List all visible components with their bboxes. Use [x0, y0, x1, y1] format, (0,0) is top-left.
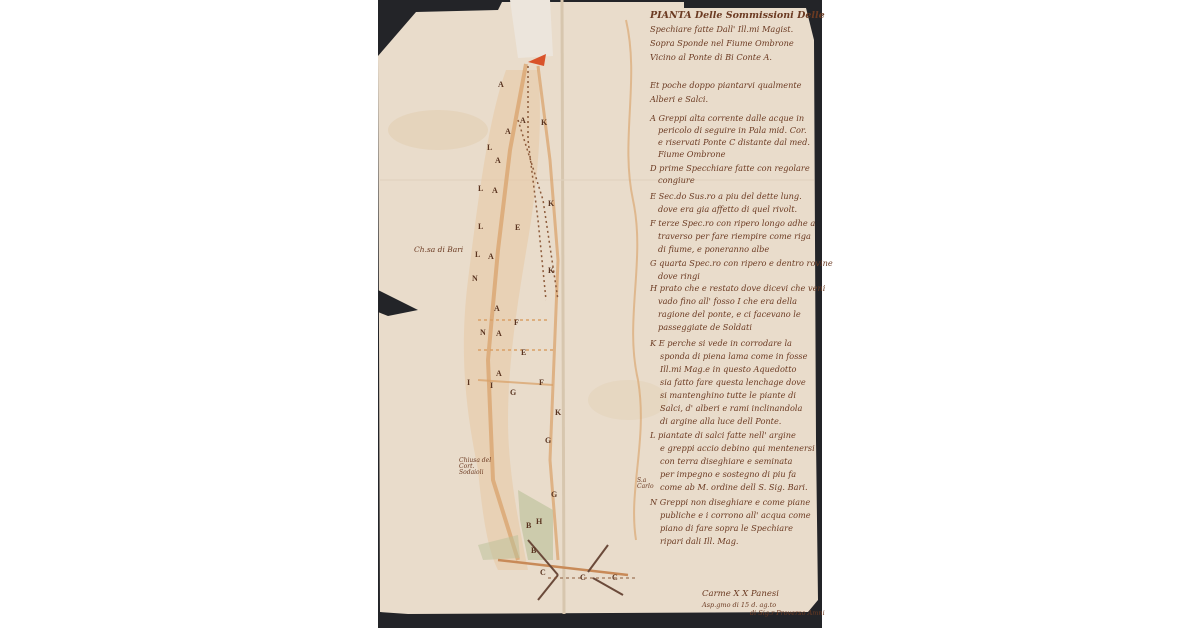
map-letter: K [548, 199, 554, 208]
legend-entry-k: sponda di piena lama come in fosse [660, 351, 807, 361]
map-letter: L [478, 184, 483, 193]
map-letter: K [548, 266, 554, 275]
legend-entry-a: A Greppi alta corrente dalle acque in [650, 113, 804, 123]
map-letter: C [540, 568, 546, 577]
legend-title: Sopra Sponde nel Fiume Ombrone [650, 38, 794, 48]
legend-entry-k: Salci, d' alberi e rami inclinandola [660, 403, 802, 413]
map-letter: C [580, 573, 586, 582]
map-letter: G [551, 490, 557, 499]
map-letter: A [488, 252, 494, 261]
legend-entry-d: congiure [658, 175, 695, 185]
map-letter: A [496, 329, 502, 338]
legend-entry-k: sia fatto fare questa lenchage dove [660, 377, 806, 387]
legend-entry-l: e greppi accio debino qui mentenersi [660, 443, 815, 453]
legend-entry-n: ripari dali Ill. Mag. [660, 536, 739, 546]
signature-line: Carme X X Panesi [702, 590, 779, 599]
map-letter: A [520, 116, 526, 125]
legend-entry-k: di argine alla luce dell Ponte. [660, 416, 781, 426]
map-letter: A [494, 304, 500, 313]
map-annotation: Chiusa del Cort. Sodaioli [459, 458, 499, 476]
legend-entry-f: traverso per fare riempire come riga [658, 231, 811, 241]
legend-entry-l: L piantate di salci fatte nell' argine [650, 430, 796, 440]
legend-entry-e: dove era gia affetto di quel rivolt. [658, 204, 797, 214]
legend-entry-n: publiche e i corrono all' acqua come [660, 510, 811, 520]
map-letter: N [480, 328, 486, 337]
legend-entry-a: pericolo di seguire in Pala mid. Cor. [658, 125, 807, 135]
map-letter: F [539, 378, 544, 387]
legend-entry-l: per impegno e sostegno di piu fa [660, 469, 796, 479]
legend-entry-h: ragione del ponte, e ci facevano le [658, 309, 801, 319]
map-letter: A [496, 369, 502, 378]
legend-entry-h: H prato che e restato dove dicevi che ve… [650, 283, 825, 293]
legend-entry-h: vado fino all' fosso I che era della [658, 296, 797, 306]
legend-entry-a: Fiume Ombrone [658, 149, 725, 159]
map-letter: H [536, 517, 542, 526]
map-letter: A [498, 80, 504, 89]
map-letter: A [505, 127, 511, 136]
map-letter: G [545, 436, 551, 445]
map-letter: L [478, 222, 483, 231]
map-annotation: Ch.sa di Bari [414, 246, 463, 254]
legend-intro: Et poche doppo piantarvi qualmente [650, 80, 802, 90]
map-letter: L [475, 250, 480, 259]
signature-line: di Sig.r Proverso Amni [750, 610, 825, 617]
legend-entry-l: come ab M. ordine dell S. Sig. Bari. [660, 482, 808, 492]
map-letter: K [541, 118, 547, 127]
map-letter: I [467, 378, 470, 387]
legend-intro: Alberi e Salci. [650, 94, 708, 104]
legend-entry-f: F terze Spec.ro con ripero longo adhe a [650, 218, 815, 228]
legend-entry-g: G quarta Spec.ro con ripero e dentro rov… [650, 258, 833, 268]
map-letter: E [515, 223, 520, 232]
map-letter: K [555, 408, 561, 417]
legend-title: PIANTA Delle Sommissioni Delle [650, 10, 825, 21]
legend-entry-k: si mantenghino tutte le piante di [660, 390, 796, 400]
legend-entry-n: piano di fare sopra le Spechiare [660, 523, 793, 533]
map-letter: B [526, 521, 531, 530]
map-letter: N [472, 274, 478, 283]
legend-entry-e: E Sec.do Sus.ro a piu del dette lung. [650, 191, 802, 201]
legend-entry-k: Ill.mi Mag.e in questo Aquedotto [660, 364, 796, 374]
map-letter: I [490, 381, 493, 390]
map-annotation: S.a Carlo [637, 478, 657, 490]
map-letter: C [612, 573, 618, 582]
legend-entry-l: con terra diseghiare e seminata [660, 456, 792, 466]
map-letter: F [514, 318, 519, 327]
legend-entry-d: D prime Specchiare fatte con regolare [650, 163, 810, 173]
legend-entry-g: dove ringi [658, 271, 700, 281]
signature-line: Asp.gmo di 15 d. ag.to [702, 602, 776, 609]
legend-title: Spechiare fatte Dall' Ill.mi Magist. [650, 24, 793, 34]
legend-title: Vicino al Ponte di Bi Conte A. [650, 52, 772, 62]
legend-entry-f: di fiume, e poneranno albe [658, 244, 769, 254]
map-letter: A [492, 186, 498, 195]
map-letter: E [521, 348, 526, 357]
map-letter: B [531, 546, 536, 555]
legend-entry-k: K E perche si vede in corrodare la [650, 338, 792, 348]
legend-entry-a: e riservati Ponte C distante dal med. [658, 137, 810, 147]
map-letter: A [495, 156, 501, 165]
map-letter: L [487, 143, 492, 152]
legend-entry-n: N Greppi non diseghiare e come piane [650, 497, 810, 507]
map-letter: G [510, 388, 516, 397]
legend-entry-h: passeggiate de Soldati [658, 322, 752, 332]
